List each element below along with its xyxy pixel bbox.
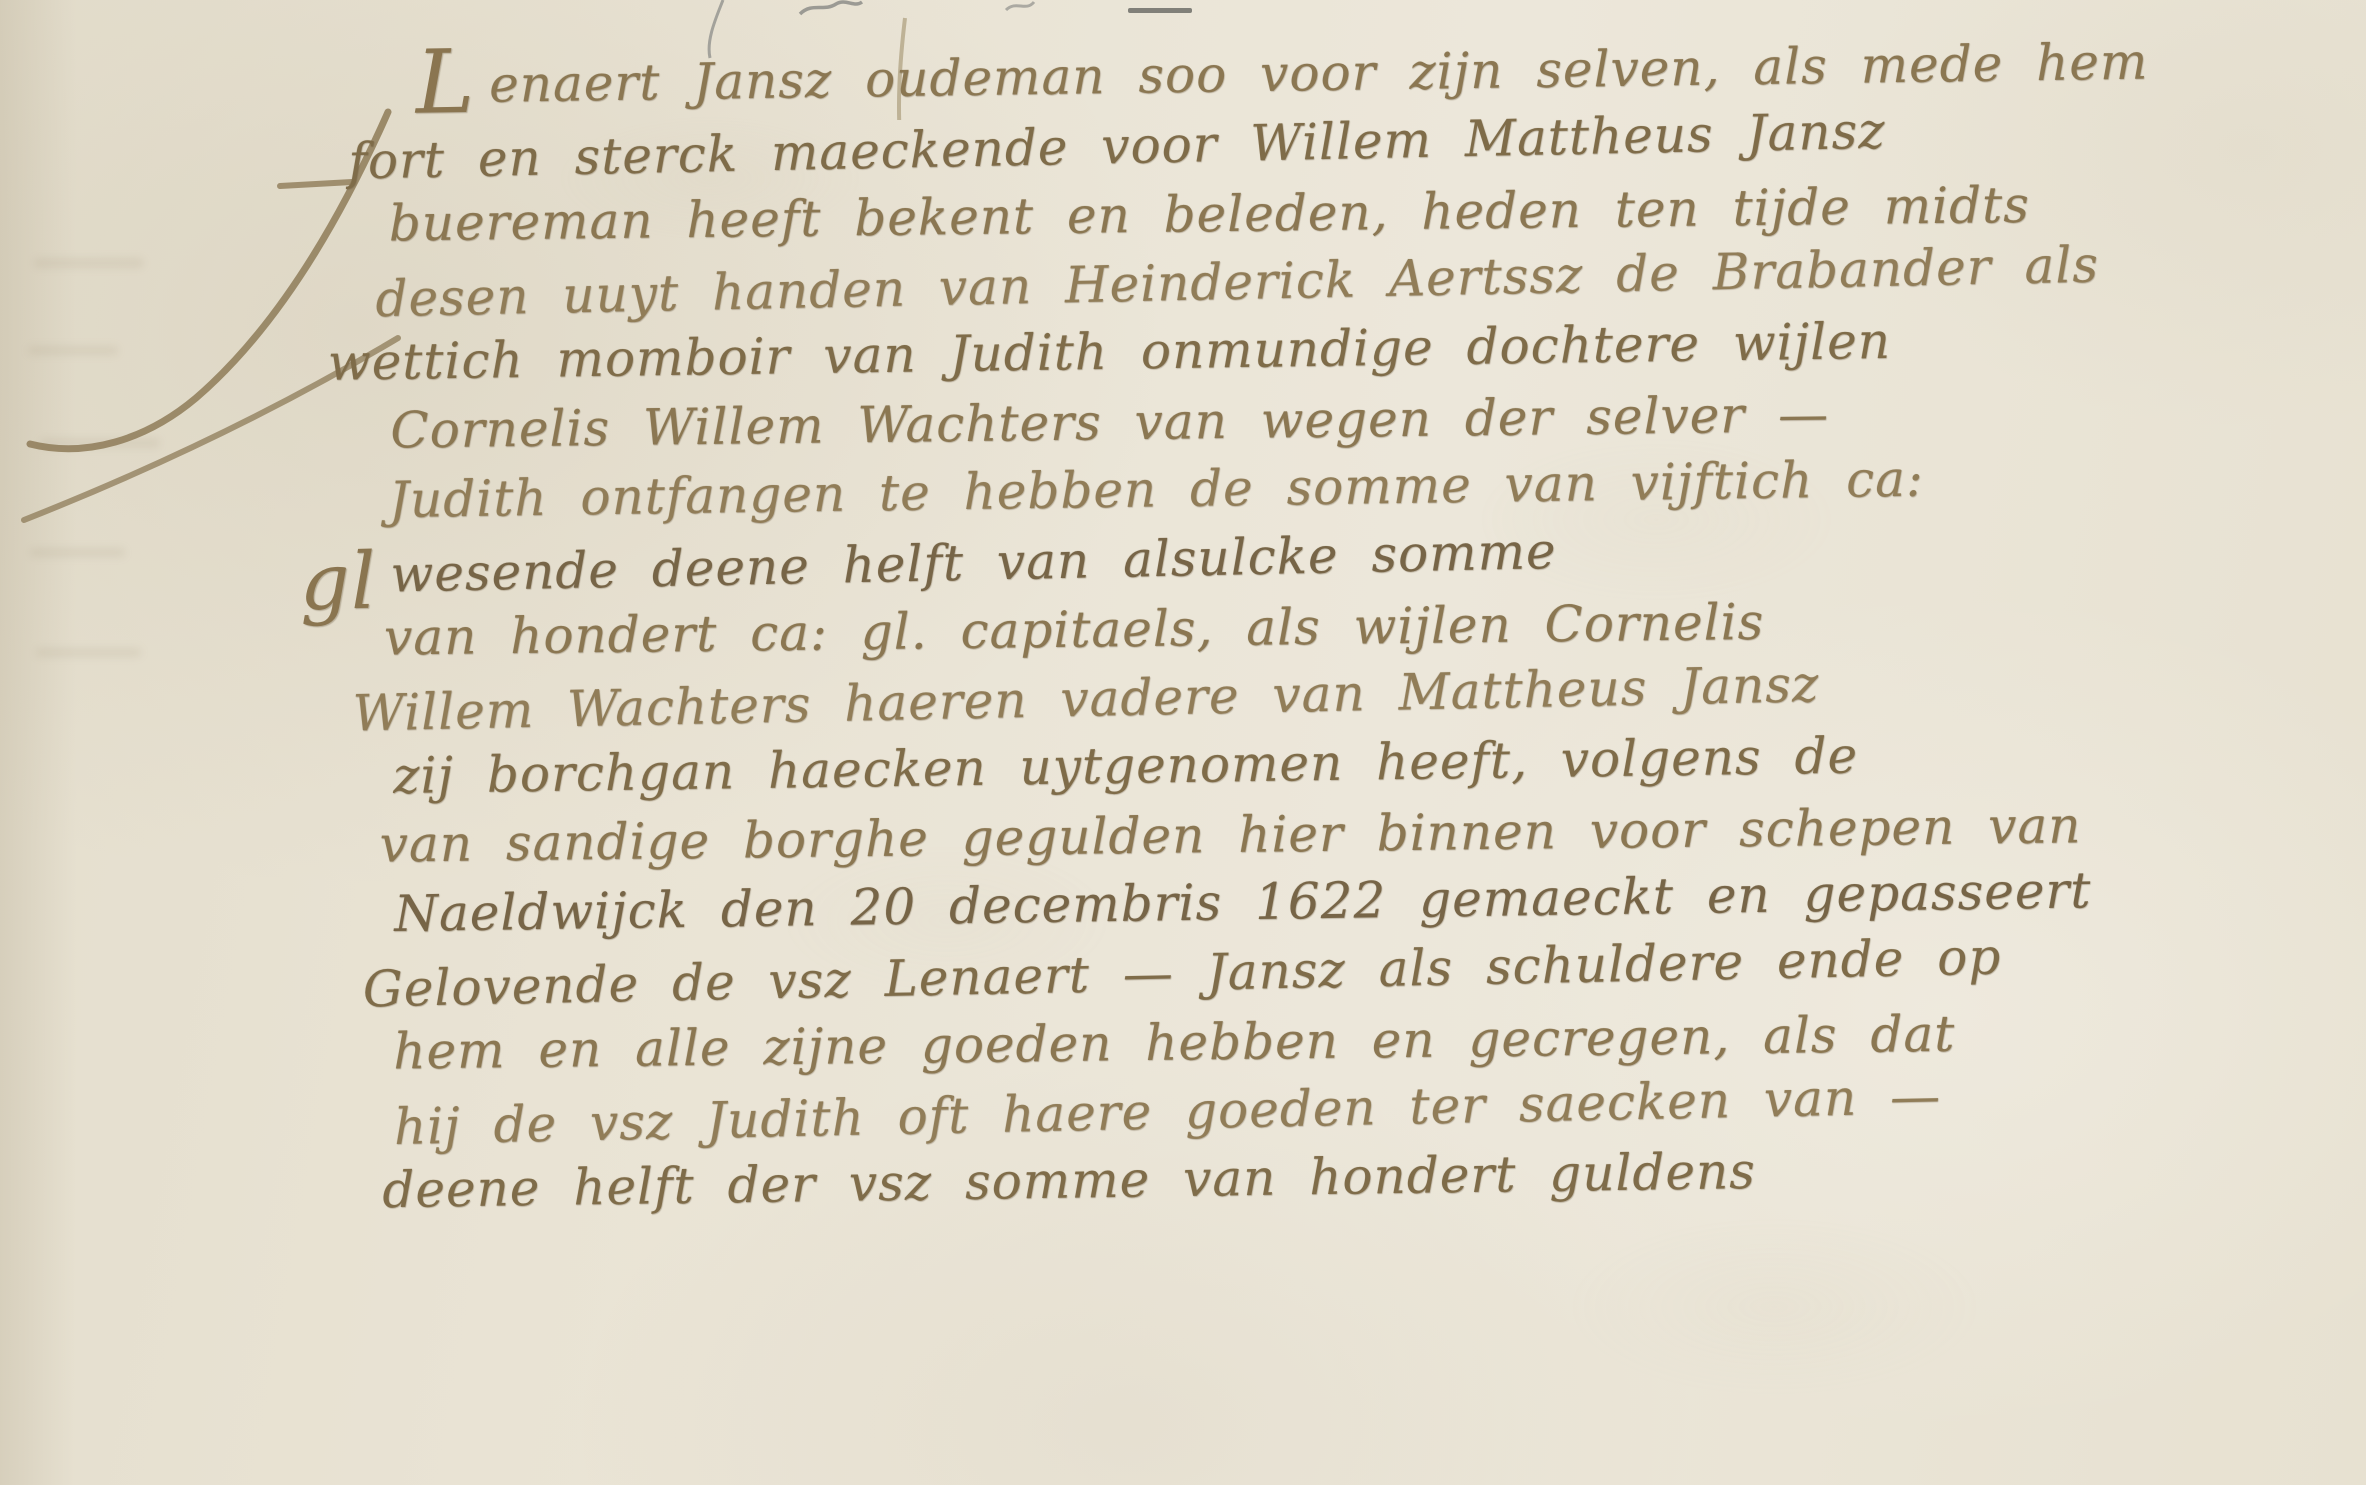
manuscript-text-block: Lenaert Jansz oudeman soo voor zijn selv… xyxy=(0,31,2345,1222)
line-text: deene helft der vsz somme van hondert gu… xyxy=(382,1142,1756,1219)
line-initial-flourish: gl xyxy=(299,537,378,629)
line-text: zij borchgan haecken uytgenomen heeft, v… xyxy=(393,727,1859,805)
line-text: wesende deene helft van alsulcke somme xyxy=(390,522,1557,603)
line-initial-flourish: L xyxy=(415,30,476,134)
